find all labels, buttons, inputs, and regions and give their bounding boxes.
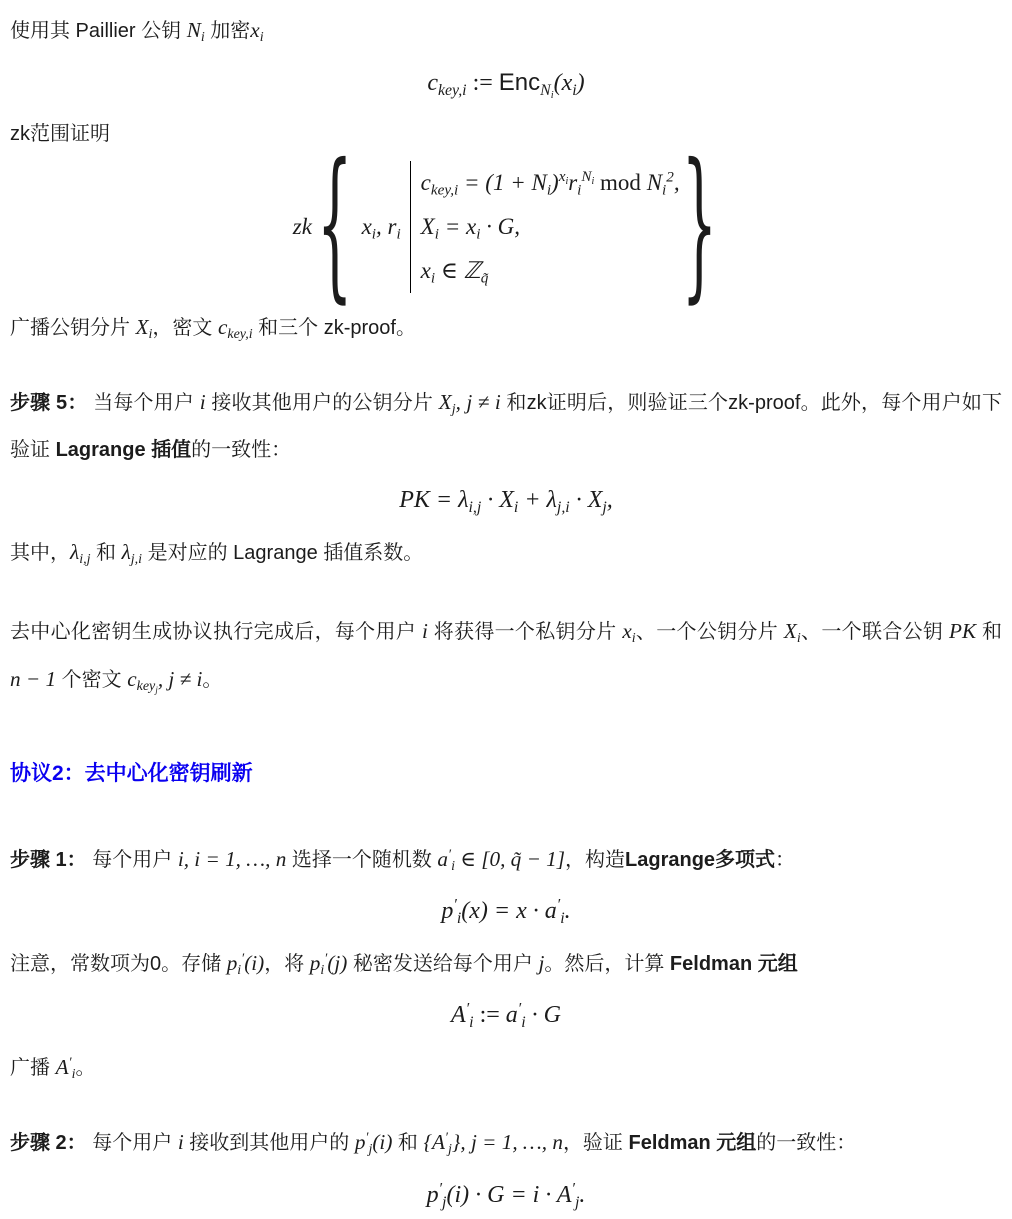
- zk-condition-1: ckey,i = (1 + Ni)xiriNi mod Ni2,: [421, 161, 680, 205]
- zk-condition-3: xi ∈ ℤq̃: [421, 249, 680, 293]
- zk-condition-2: Xi = xi · G,: [421, 205, 680, 249]
- zk-conditions: ckey,i = (1 + Ni)xiriNi mod Ni2, Xi = xi…: [410, 161, 680, 293]
- step-1-paragraph: 步骤 1： 每个用户 i, i = 1, …, n 选择一个随机数 a′i ∈ …: [10, 835, 1002, 884]
- zk-range-proof-label: zk范围证明: [10, 111, 1002, 157]
- feldman-check-math: p′j(i) · G = i · A′j.: [427, 1182, 586, 1208]
- step-2-paragraph: 步骤 2： 每个用户 i 接收到其他用户的 p′j(i) 和 {A′j}, j …: [10, 1118, 1002, 1167]
- feldman-check-formula: p′j(i) · G = i · A′j.: [10, 1182, 1002, 1209]
- intro-line: 使用其 Paillier 公钥 Ni 加密xi: [10, 6, 1002, 55]
- zk-formula-row: zk { xi, ri ckey,i = (1 + Ni)xiriNi mod …: [293, 161, 719, 293]
- lagrange-check-formula: PK = λi,j · Xi + λj,i · Xj,: [10, 487, 1002, 514]
- lagrange-check-math: PK = λi,j · Xi + λj,i · Xj,: [399, 487, 613, 513]
- feldman-tuple-formula: A′i := a′i · G: [10, 1002, 1002, 1029]
- keygen-summary-paragraph: 去中心化密钥生成协议执行完成后，每个用户 i 将获得一个私钥分片 xi、一个公钥…: [10, 607, 1002, 705]
- zk-witness: xi, ri: [362, 214, 401, 240]
- broadcast-share-line: 广播公钥分片 Xi，密文 ckey,i 和三个 zk-proof。: [10, 303, 1002, 352]
- broadcast-a-line: 广播 A′i。: [10, 1043, 1002, 1092]
- note-paragraph: 注意，常数项为0。存储 pi′(i)，将 pi′(j) 秘密发送给每个用户 j。…: [10, 939, 1002, 988]
- polynomial-math: p′i(x) = x · a′i.: [441, 898, 570, 924]
- right-brace: }: [680, 146, 720, 308]
- enc-key-math: ckey,i := EncNi(xi): [427, 70, 584, 96]
- zk-range-proof-formula: zk { xi, ri ckey,i = (1 + Ni)xiriNi mod …: [10, 161, 1002, 293]
- enc-key-formula: ckey,i := EncNi(xi): [10, 69, 1002, 97]
- step-5-paragraph: 步骤 5： 当每个用户 i 接收其他用户的公钥分片 Xj, j ≠ i 和zk证…: [10, 378, 1002, 473]
- polynomial-formula: p′i(x) = x · a′i.: [10, 898, 1002, 925]
- zk-prefix: zk: [293, 214, 312, 240]
- left-brace: {: [315, 146, 355, 308]
- feldman-tuple-math: A′i := a′i · G: [451, 1002, 561, 1028]
- lagrange-coeff-line: 其中，λi,j 和 λj,i 是对应的 Lagrange 插值系数。: [10, 528, 1002, 577]
- protocol-2-heading: 协议2：去中心化密钥刷新: [10, 760, 1002, 787]
